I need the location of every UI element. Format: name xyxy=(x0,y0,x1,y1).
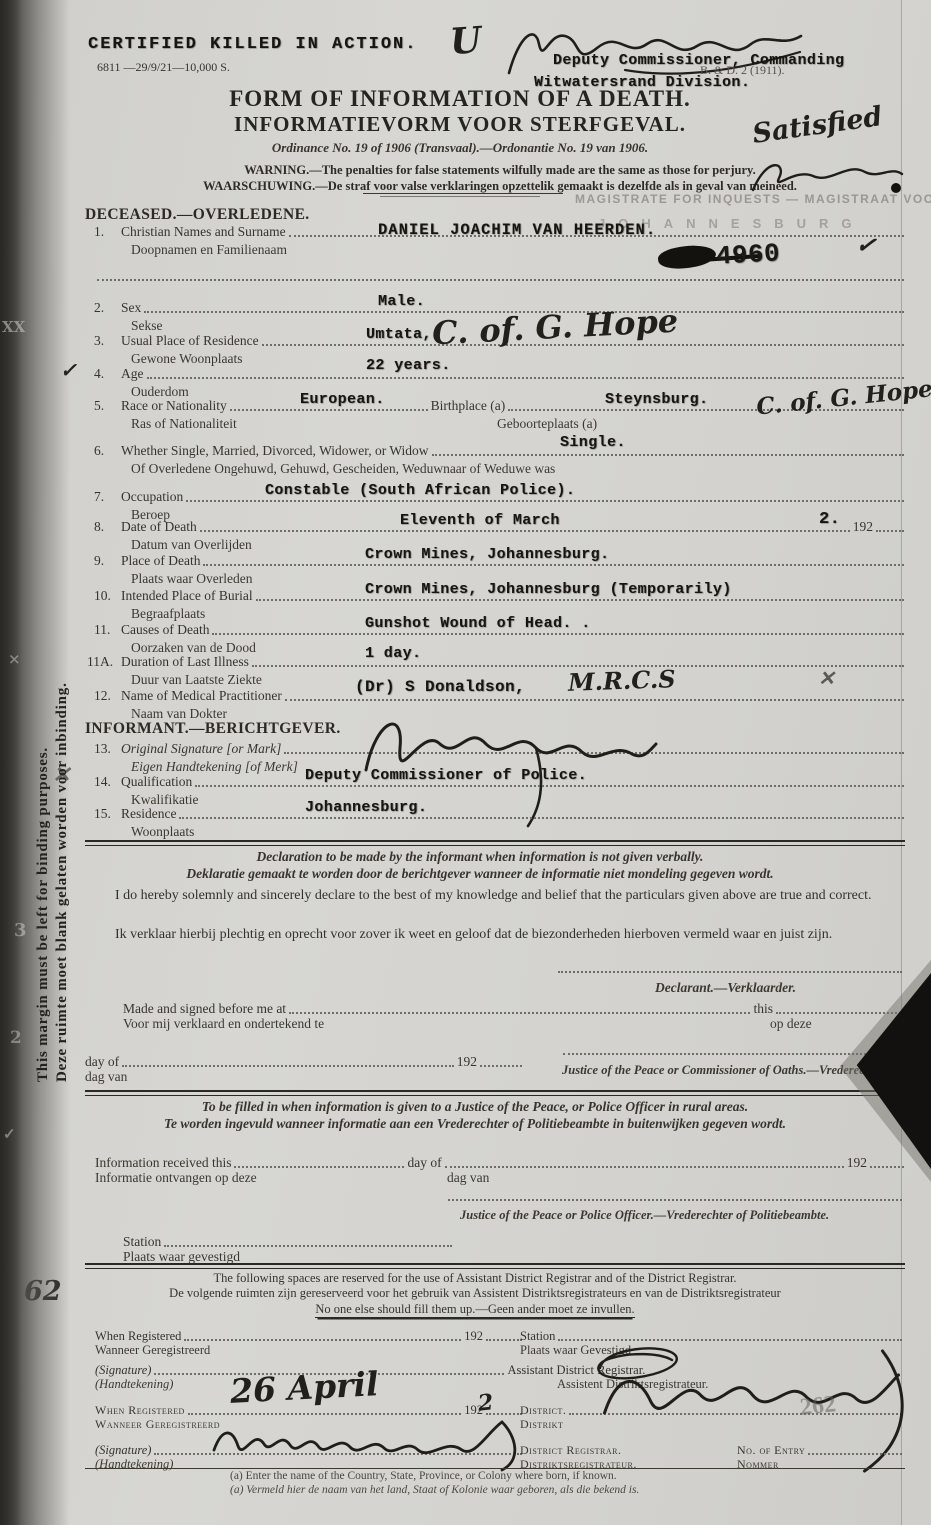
value-burial-place: Crown Mines, Johannesburg (Temporarily) xyxy=(365,581,732,598)
section-rule xyxy=(85,1090,905,1096)
entry-number-line: No. of Entry xyxy=(737,1443,905,1458)
field-label-en: Race or Nationality xyxy=(121,398,227,414)
registrar-station-line: Station xyxy=(520,1329,905,1344)
field-number: 12. xyxy=(85,688,121,704)
field-label-en: Usual Place of Residence xyxy=(121,333,259,349)
field-label-en: Date of Death xyxy=(121,519,197,535)
declarant-line xyxy=(555,970,905,976)
field-label-birthplace-nl: Geboorteplaats (a) xyxy=(497,416,597,432)
printed-year: 192 xyxy=(853,519,873,535)
margin-note-nl: Deze ruimte moet blank gelaten worden vo… xyxy=(53,552,72,1082)
jp-officer-caption: Justice of the Peace or Police Officer.—… xyxy=(460,1208,829,1223)
field-label-en: Original Signature [or Mark] xyxy=(121,741,281,757)
binding-margin-note: This margin must be left for binding pur… xyxy=(34,552,72,1082)
field-number: 14. xyxy=(85,774,121,790)
stamp-magistrate-inquests: MAGISTRATE FOR INQUESTS — MAGISTRAAT VOO… xyxy=(575,192,931,206)
value-informant-residence: Johannesburg. xyxy=(305,799,427,816)
field-label-en: Age xyxy=(121,366,144,382)
margin-scribble: 3 xyxy=(14,920,27,941)
day-of-line: day of 192 xyxy=(85,1054,525,1070)
continuation-line xyxy=(85,278,907,284)
field-marital-status: 6. Whether Single, Married, Divorced, Wi… xyxy=(85,443,907,459)
value-causes-of-death: Gunshot Wound of Head. . xyxy=(365,615,591,632)
value-sex: Male. xyxy=(378,293,425,310)
margin-scribble: 2 xyxy=(10,1028,22,1048)
field-number: 1. xyxy=(85,224,121,240)
value-race: European. xyxy=(300,391,385,408)
field-informant-residence: 15. Residence xyxy=(85,806,907,822)
information-received-label: Information received this xyxy=(85,1155,231,1171)
footnote-nl: (a) Vermeld hier de naam van het land, S… xyxy=(230,1484,639,1496)
dotted-line xyxy=(195,784,904,787)
value-age: 22 years. xyxy=(366,357,451,374)
dotted-line xyxy=(480,1064,522,1067)
stamp-killed-in-action: CERTIFIED KILLED IN ACTION. xyxy=(88,35,417,54)
field-label-en: Causes of Death xyxy=(121,622,209,638)
dag-van-label: dag van xyxy=(85,1069,127,1085)
day-of-label: day of xyxy=(85,1054,119,1070)
declaration-caption-nl: Deklaratie gemaakt te worden door de ber… xyxy=(95,866,865,882)
value-death-year: 2. xyxy=(819,510,840,529)
field-label-en: Sex xyxy=(121,300,141,316)
ordinance-line: Ordinance No. 19 of 1906 (Transvaal).—Or… xyxy=(110,140,810,156)
jp-officer-line xyxy=(445,1198,905,1204)
field-label-nl: Woonplaats xyxy=(131,824,194,840)
dotted-line xyxy=(558,970,902,973)
value-qualification: Deputy Commissioner of Police. xyxy=(305,767,587,784)
warning-underline-1 xyxy=(363,193,563,194)
when-registered-label-nl: Wanneer Geregistreerd xyxy=(95,1343,210,1358)
district-registrar-label: District Registrar. xyxy=(520,1443,622,1458)
printed-year: 192 xyxy=(847,1155,867,1171)
entry-number-label: No. of Entry xyxy=(737,1443,805,1458)
death-certificate-scan: CERTIFIED KILLED IN ACTION. 6811 —29/9/2… xyxy=(0,0,931,1525)
field-label-nl: Datum van Overlijden xyxy=(131,537,252,553)
handwritten-registration-date: 26 April xyxy=(229,1364,379,1411)
informant-heading: INFORMANT.—BERICHTGEVER. xyxy=(85,720,341,738)
field-label-nl: Sekse xyxy=(131,318,163,334)
value-practitioner-qualification-handwritten: M.R.C.S xyxy=(568,664,677,697)
dotted-line xyxy=(432,453,904,456)
field-illness-duration: 11A. Duration of Last Illness xyxy=(85,654,907,670)
signature-label-nl: (Handtekening) xyxy=(95,1377,173,1392)
dotted-line xyxy=(230,408,428,411)
signature-label: (Signature) xyxy=(85,1443,151,1458)
dotted-line xyxy=(200,529,850,532)
dotted-line xyxy=(256,598,904,601)
typed-commissioner-line1: Deputy Commissioner, Commanding xyxy=(553,52,844,69)
field-label-nl: Of Overledene Ongehuwd, Gehuwd, Gescheid… xyxy=(131,461,555,477)
checkmark: ✓ xyxy=(854,229,878,261)
dotted-line xyxy=(203,563,904,566)
value-medical-practitioner: (Dr) S Donaldson, xyxy=(355,678,525,696)
field-number: 11A. xyxy=(85,654,121,670)
field-label-nl: Plaats waar Overleden xyxy=(131,571,252,587)
dotted-line xyxy=(448,1198,902,1201)
signature-district-registrar xyxy=(210,1412,540,1472)
rural-caption-nl: Te worden ingevuld wanneer informatie aa… xyxy=(95,1116,855,1132)
when-registered-label: When Registered xyxy=(85,1329,181,1344)
dotted-line xyxy=(870,1165,904,1168)
signature-label: (Signature) xyxy=(85,1363,151,1378)
dotted-line xyxy=(164,1244,452,1247)
dotted-line xyxy=(186,499,904,502)
value-residence-typed: Umtata, xyxy=(366,326,432,343)
printed-year: 192 xyxy=(457,1054,477,1070)
field-number: 13. xyxy=(85,741,121,757)
field-label-en: Intended Place of Burial xyxy=(121,588,253,604)
field-label-nl: Ras of Nationaliteit xyxy=(131,416,237,432)
footer-rule xyxy=(85,1468,905,1469)
when-registered-label-2-nl: Wanneer Geregistreerd xyxy=(95,1417,220,1432)
handwritten-u: U xyxy=(449,19,483,63)
section-rule xyxy=(85,840,905,846)
form-title-english: FORM OF INFORMATION OF A DEATH. xyxy=(110,86,810,112)
dotted-line xyxy=(97,278,904,281)
field-number: 7. xyxy=(85,489,121,505)
signature-label-nl: (Handtekening) xyxy=(95,1457,173,1472)
made-signed-label-nl: Voor mij verklaard en ondertekend te xyxy=(123,1016,324,1032)
rural-caption-en: To be filled in when information is give… xyxy=(95,1099,855,1115)
information-received-label-nl: Informatie ontvangen op deze xyxy=(95,1170,257,1186)
when-registered-line: When Registered 192 xyxy=(85,1329,525,1344)
registrar-no-one-else-text: No one else should fill them up.—Geen an… xyxy=(315,1302,634,1318)
printed-form-code: B. & D. 2 (1911). xyxy=(700,63,785,78)
declarant-caption: Declarant.—Verklaarder. xyxy=(655,980,796,996)
stamp-entry-number: 262 xyxy=(799,1391,838,1422)
margin-scribble: XX xyxy=(2,318,25,336)
field-label-nl: Eigen Handtekening [of Merk] xyxy=(131,759,298,775)
station-line: Station xyxy=(85,1234,455,1250)
field-number: 10. xyxy=(85,588,121,604)
field-number: 9. xyxy=(85,553,121,569)
field-number: 3. xyxy=(85,333,121,349)
field-label-nl: Doopnamen en Familienaam xyxy=(131,242,287,258)
declaration-paragraph-en: I do hereby solemnly and sincerely decla… xyxy=(85,887,885,905)
dotted-line xyxy=(776,1011,904,1014)
section-rule xyxy=(85,1263,905,1269)
field-number: 4. xyxy=(85,366,121,382)
field-number: 6. xyxy=(85,443,121,459)
value-place-of-death: Crown Mines, Johannesburg. xyxy=(365,546,609,563)
this-label: this xyxy=(753,1001,773,1017)
jp-caption: Justice of the Peace or Commissioner of … xyxy=(562,1063,888,1078)
printed-year: 192 xyxy=(464,1329,483,1344)
margin-note-en: This margin must be left for binding pur… xyxy=(34,552,53,1082)
made-signed-line: Made and signed before me at this xyxy=(85,1001,907,1017)
reference-number: 4960 xyxy=(715,238,780,271)
dag-van-label: dag van xyxy=(447,1170,489,1186)
margin-scribble: × xyxy=(8,650,21,668)
dotted-line xyxy=(808,1452,902,1455)
warning-underline-2 xyxy=(380,196,540,197)
field-label-en: Name of Medical Practitioner xyxy=(121,688,282,704)
made-signed-label: Made and signed before me at xyxy=(85,1001,286,1017)
ink-dot xyxy=(891,183,901,193)
dotted-line xyxy=(876,529,904,532)
field-label-en: Residence xyxy=(121,806,176,822)
field-label-birthplace: Birthplace (a) xyxy=(431,398,506,414)
field-number: 15. xyxy=(85,806,121,822)
value-occupation: Constable (South African Police). xyxy=(265,482,575,499)
op-deze-label: op deze xyxy=(770,1016,812,1032)
dotted-line xyxy=(147,376,905,379)
field-number: 2. xyxy=(85,300,121,316)
station-label: Station xyxy=(85,1234,161,1250)
field-label-nl: Duur van Laatste Ziekte xyxy=(131,672,262,688)
print-run-number: 6811 —29/9/21—10,000 S. xyxy=(97,60,230,75)
field-number: 5. xyxy=(85,398,121,414)
value-marital-status: Single. xyxy=(560,434,626,451)
dotted-line xyxy=(289,1011,750,1014)
dotted-line xyxy=(122,1064,454,1067)
form-title-dutch: INFORMATIEVORM VOOR STERFGEVAL. xyxy=(110,112,810,137)
value-date-of-death: Eleventh of March xyxy=(400,512,560,529)
field-label-en: Place of Death xyxy=(121,553,200,569)
footnote-en: (a) Enter the name of the Country, State… xyxy=(230,1470,617,1482)
field-label-en: Duration of Last Illness xyxy=(121,654,249,670)
declaration-caption-en: Declaration to be made by the informant … xyxy=(110,849,850,865)
dotted-line xyxy=(179,816,904,819)
registrar-reserved-en: The following spaces are reserved for th… xyxy=(95,1271,855,1286)
deceased-heading: DECEASED.—OVERLEDENE. xyxy=(85,206,310,224)
field-label-en: Christian Names and Surname xyxy=(121,224,286,240)
dotted-line xyxy=(445,1165,844,1168)
registrar-no-one-else: No one else should fill them up.—Geen an… xyxy=(95,1302,855,1317)
field-number: 11. xyxy=(85,622,121,638)
entry-number-label-nl: Nommer xyxy=(737,1457,779,1472)
when-registered-label-2: When Registered xyxy=(85,1403,185,1418)
field-label-en: Qualification xyxy=(121,774,192,790)
value-illness-duration: 1 day. xyxy=(365,645,421,662)
dotted-line xyxy=(234,1165,404,1168)
dotted-line xyxy=(184,1338,461,1341)
value-birthplace: Steynsburg. xyxy=(605,391,708,408)
margin-scribble: ✓ xyxy=(3,1125,16,1143)
field-age: 4. Age xyxy=(85,366,907,382)
x-mark: ✕ xyxy=(818,666,835,690)
declaration-paragraph-nl: Ik verklaar hierbij plechtig en oprecht … xyxy=(85,926,885,944)
dotted-line xyxy=(486,1338,522,1341)
day-of-label: day of xyxy=(407,1155,441,1171)
dotted-line xyxy=(212,632,904,635)
field-label-nl: Begraafplaats xyxy=(131,606,205,622)
registrar-station-label: Station xyxy=(520,1329,555,1344)
registrar-reserved-nl: De volgende ruimten zijn gereserveerd vo… xyxy=(95,1286,855,1301)
field-label-en: Whether Single, Married, Divorced, Widow… xyxy=(121,443,429,459)
value-christian-names: DANIEL JOACHIM VAN HEERDEN. xyxy=(378,221,656,239)
field-number: 8. xyxy=(85,519,121,535)
field-label-en: Occupation xyxy=(121,489,183,505)
binding-gutter-dark xyxy=(0,0,22,1525)
field-label-nl: Gewone Woonplaats xyxy=(131,351,243,367)
information-received-line: Information received this day of 192 xyxy=(85,1155,907,1171)
